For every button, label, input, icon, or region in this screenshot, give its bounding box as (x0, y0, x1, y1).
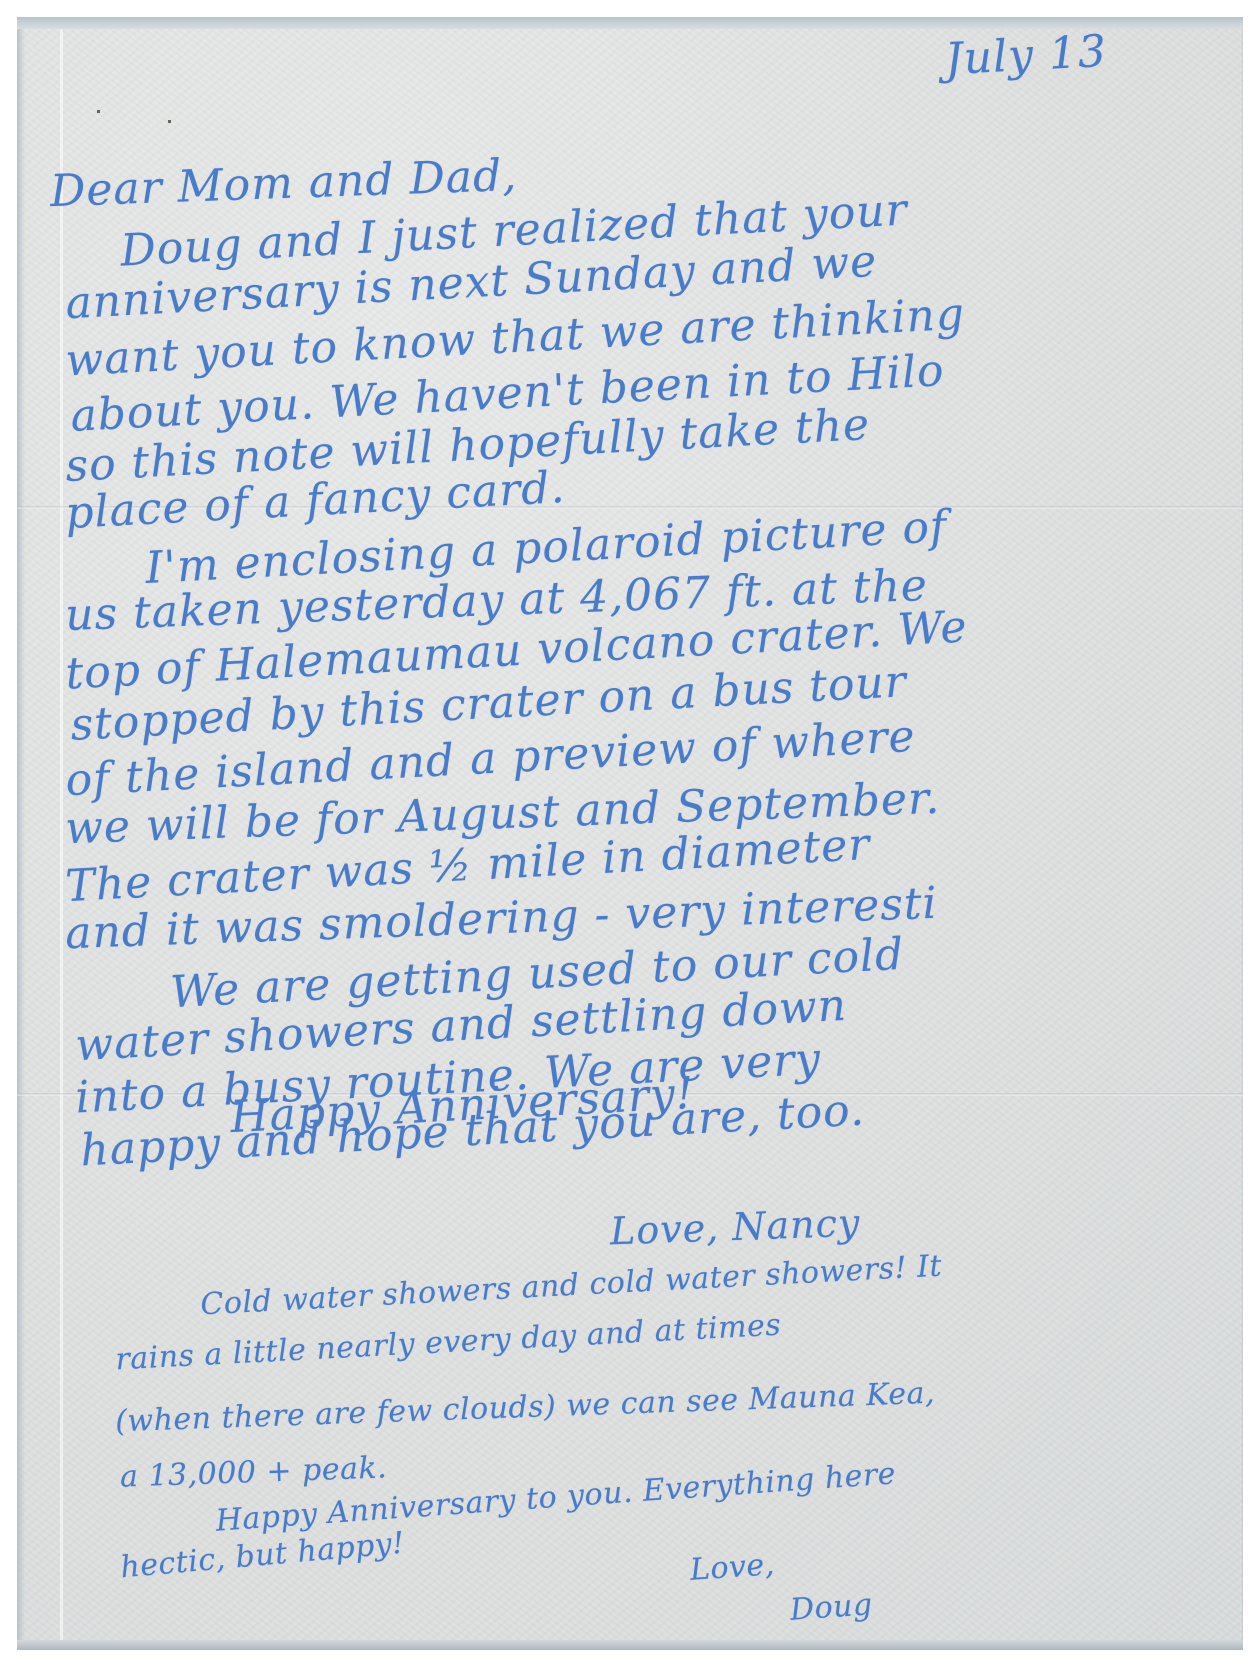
signoff-doug: Doug (789, 1587, 874, 1628)
signoff-nancy: Love, Nancy (609, 1201, 861, 1254)
paper-margin-crease (60, 29, 63, 1640)
signoff-love: Love, (689, 1547, 776, 1588)
paper-speck (97, 110, 100, 113)
paper-edge-shadow (17, 29, 25, 1640)
letter-date: July 13 (944, 26, 1108, 85)
paper-speck (168, 120, 171, 123)
